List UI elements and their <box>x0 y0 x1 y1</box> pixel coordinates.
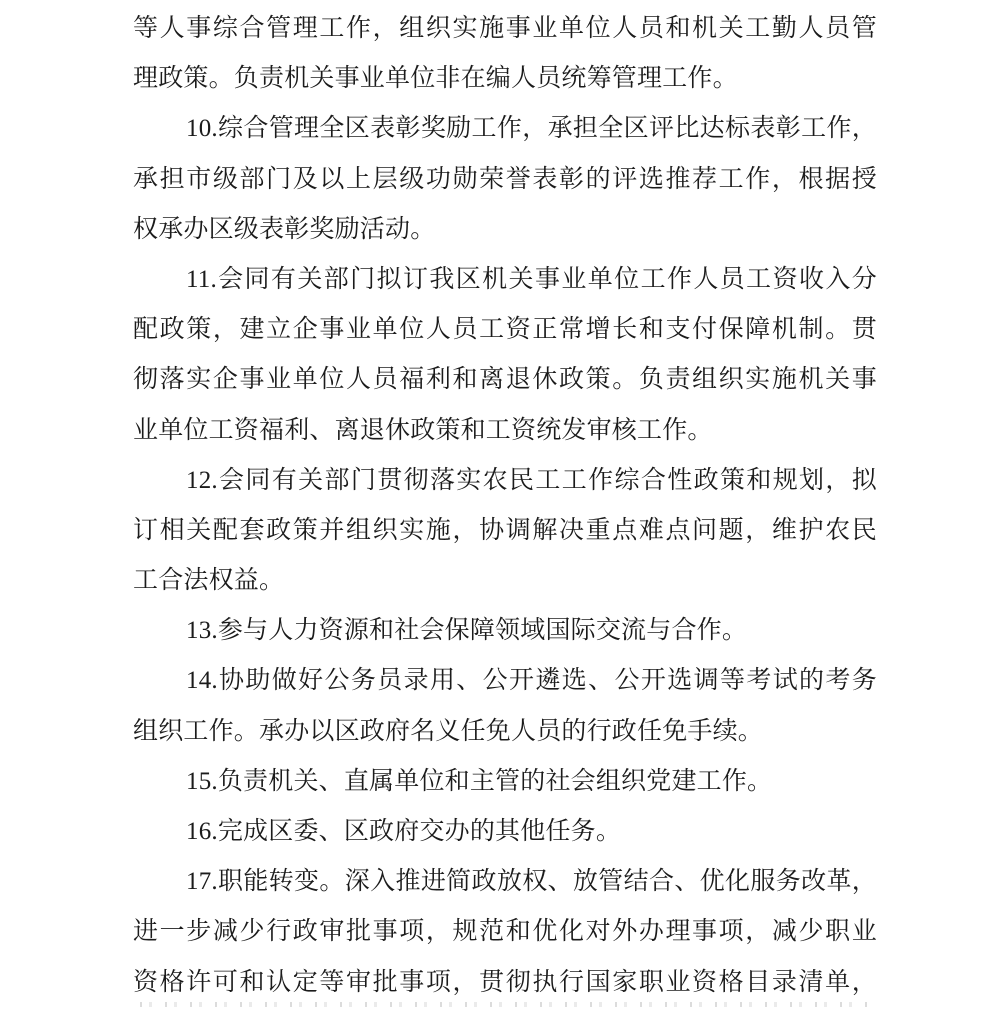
text-line: 进一步减少行政审批事项，规范和优化对外办理事项，减少职业 <box>133 907 877 957</box>
text-line: 17.职能转变。深入推进简政放权、放管结合、优化服务改革， <box>133 857 877 907</box>
paragraph-item-16: 16.完成区委、区政府交办的其他任务。 <box>133 807 877 857</box>
text-line: 组织工作。承办以区政府名义任免人员的行政任免手续。 <box>133 707 877 757</box>
document-body: 等人事综合管理工作，组织实施事业单位人员和机关工勤人员管理政策。负责机关事业单位… <box>133 4 877 1008</box>
text-line: 11.会同有关部门拟订我区机关事业单位工作人员工资收入分 <box>133 255 877 305</box>
paragraph-continuation-paragraph: 等人事综合管理工作，组织实施事业单位人员和机关工勤人员管理政策。负责机关事业单位… <box>133 4 877 104</box>
text-line: 承担市级部门及以上层级功勋荣誉表彰的评选推荐工作，根据授 <box>133 155 877 205</box>
text-line: 12.会同有关部门贯彻落实农民工工作综合性政策和规划，拟 <box>133 456 877 506</box>
text-line: 15.负责机关、直属单位和主管的社会组织党建工作。 <box>133 757 877 807</box>
text-line: 理政策。负责机关事业单位非在编人员统筹管理工作。 <box>133 54 877 104</box>
text-line: 配政策，建立企事业单位人员工资正常增长和支付保障机制。贯 <box>133 305 877 355</box>
text-line: 权承办区级表彰奖励活动。 <box>133 205 877 255</box>
text-line: 订相关配套政策并组织实施，协调解决重点难点问题，维护农民 <box>133 506 877 556</box>
document-page: 等人事综合管理工作，组织实施事业单位人员和机关工勤人员管理政策。负责机关事业单位… <box>0 0 1000 1009</box>
text-line: 16.完成区委、区政府交办的其他任务。 <box>133 807 877 857</box>
paragraph-item-10: 10.综合管理全区表彰奖励工作，承担全区评比达标表彰工作，承担市级部门及以上层级… <box>133 104 877 255</box>
paragraph-item-15: 15.负责机关、直属单位和主管的社会组织党建工作。 <box>133 757 877 807</box>
text-line: 等人事综合管理工作，组织实施事业单位人员和机关工勤人员管 <box>133 4 877 54</box>
paragraph-item-11: 11.会同有关部门拟订我区机关事业单位工作人员工资收入分配政策，建立企事业单位人… <box>133 255 877 456</box>
text-line: 业单位工资福利、离退休政策和工资统发审核工作。 <box>133 406 877 456</box>
text-line: 10.综合管理全区表彰奖励工作，承担全区评比达标表彰工作， <box>133 104 877 154</box>
text-line: 彻落实企事业单位人员福利和离退休政策。负责组织实施机关事 <box>133 355 877 405</box>
text-line: 资格许可和认定等审批事项，贯彻执行国家职业资格目录清单， <box>133 958 877 1008</box>
next-line-cutoff-artifact <box>140 1002 870 1007</box>
text-line: 工合法权益。 <box>133 556 877 606</box>
text-line: 14.协助做好公务员录用、公开遴选、公开选调等考试的考务 <box>133 656 877 706</box>
paragraph-item-13: 13.参与人力资源和社会保障领域国际交流与合作。 <box>133 606 877 656</box>
paragraph-item-14: 14.协助做好公务员录用、公开遴选、公开选调等考试的考务组织工作。承办以区政府名… <box>133 656 877 756</box>
text-line: 13.参与人力资源和社会保障领域国际交流与合作。 <box>133 606 877 656</box>
paragraph-item-17: 17.职能转变。深入推进简政放权、放管结合、优化服务改革，进一步减少行政审批事项… <box>133 857 877 1008</box>
paragraph-item-12: 12.会同有关部门贯彻落实农民工工作综合性政策和规划，拟订相关配套政策并组织实施… <box>133 456 877 607</box>
